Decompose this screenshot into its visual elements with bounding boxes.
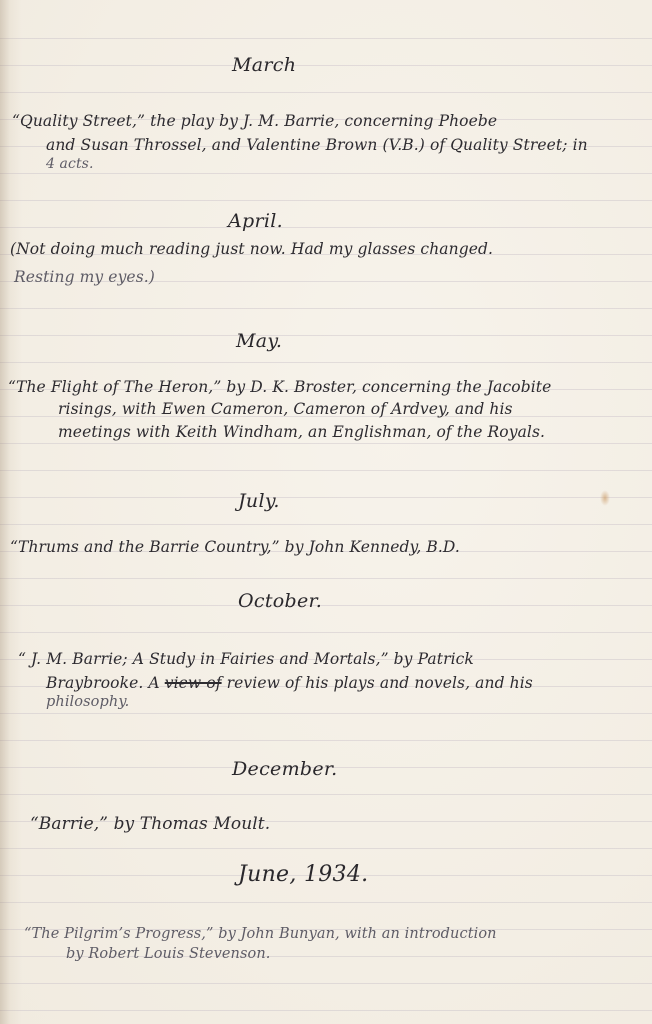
month-heading-may: May. <box>236 330 282 352</box>
entry-line: and Susan Throssel, and Valentine Brown … <box>46 136 588 154</box>
entry-line: “The Flight of The Heron,” by D. K. Bros… <box>8 378 551 396</box>
entry-line-with-correction: Braybrooke. A view of review of his play… <box>46 674 533 692</box>
entry-line: Resting my eyes.) <box>14 268 155 286</box>
entry-line: “Thrums and the Barrie Country,” by John… <box>10 538 460 556</box>
entry-line: “Barrie,” by Thomas Moult. <box>30 814 270 834</box>
month-heading-june-1934: June, 1934. <box>238 862 368 887</box>
month-heading-december: December. <box>232 758 338 780</box>
struck-text: view of <box>165 674 222 692</box>
entry-line: philosophy. <box>46 694 129 710</box>
month-heading-march: March <box>232 54 296 76</box>
entry-line: “ J. M. Barrie; A Study in Fairies and M… <box>18 650 474 668</box>
notebook-page: March “Quality Street,” the play by J. M… <box>0 0 652 1024</box>
month-heading-april: April. <box>228 210 283 232</box>
entry-line: meetings with Keith Windham, an Englishm… <box>58 423 545 441</box>
entry-line: “The Pilgrim’s Progress,” by John Bunyan… <box>24 926 497 942</box>
entry-line: (Not doing much reading just now. Had my… <box>10 240 493 258</box>
entry-line: “Quality Street,” the play by J. M. Barr… <box>12 112 497 130</box>
entry-text: review of his plays and novels, and his <box>222 674 533 692</box>
month-heading-july: July. <box>238 490 280 512</box>
entry-line: 4 acts. <box>46 156 94 172</box>
entry-text: Braybrooke. A <box>46 674 165 692</box>
paper-stain <box>600 490 610 506</box>
entry-line: risings, with Ewen Cameron, Cameron of A… <box>58 400 513 418</box>
month-heading-october: October. <box>238 590 322 612</box>
entry-line: by Robert Louis Stevenson. <box>66 946 271 962</box>
